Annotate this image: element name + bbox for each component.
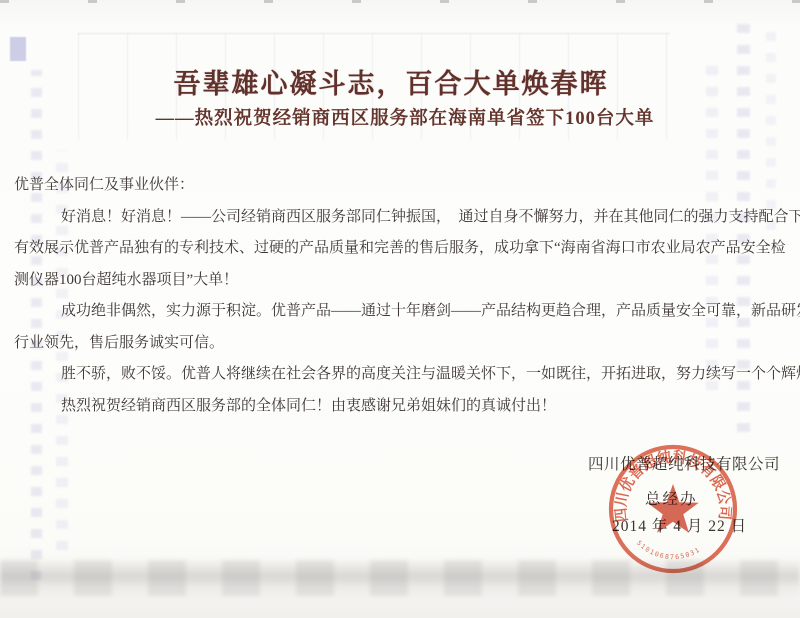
letter-title: 吾辈雄心凝斗志，百合大单焕春晖	[0, 62, 782, 101]
body-line: 胜不骄，败不馁。优普人将继续在社会各界的高度关注与温暖关怀下，一如既往，开拓进取…	[14, 359, 794, 391]
body-line: 行业领先，售后服务诚实可信。	[14, 328, 794, 360]
seal-star-icon	[647, 484, 698, 533]
body-line: 好消息！好消息！——公司经销商西区服务部同仁钟振国， 通过自身不懈努力，并在其他…	[14, 202, 794, 234]
letter-subtitle: ——热烈祝贺经销商西区服务部在海南单省签下100台大单	[10, 104, 800, 130]
salutation: 优普全体同仁及事业伙伴：	[14, 170, 794, 202]
body-line: 有效展示优普产品独有的专利技术、过硬的产品质量和完善的售后服务，成功拿下“海南省…	[14, 233, 794, 265]
bleedthrough-stamp-box	[10, 37, 26, 61]
scanned-letter-page: 吾辈雄心凝斗志，百合大单焕春晖 ——热烈祝贺经销商西区服务部在海南单省签下100…	[0, 0, 800, 618]
scan-edge-marks	[0, 0, 800, 3]
seal-serial-number: 5101068765031	[635, 539, 702, 561]
body-line: 热烈祝贺经销商西区服务部的全体同仁！由衷感谢兄弟姐妹们的真诚付出！	[14, 391, 794, 423]
body-line: 测仪器100台超纯水器项目”大单！	[14, 265, 794, 297]
letter-body: 优普全体同仁及事业伙伴： 好消息！好消息！——公司经销商西区服务部同仁钟振国， …	[14, 170, 794, 422]
company-seal: 四川优普超纯科技有限公司 5101068765031	[605, 441, 741, 577]
body-line: 成功绝非偶然，实力源于积淀。优普产品——通过十年磨剑——产品结构更趋合理，产品质…	[14, 296, 794, 328]
svg-text:5101068765031: 5101068765031	[635, 539, 702, 561]
